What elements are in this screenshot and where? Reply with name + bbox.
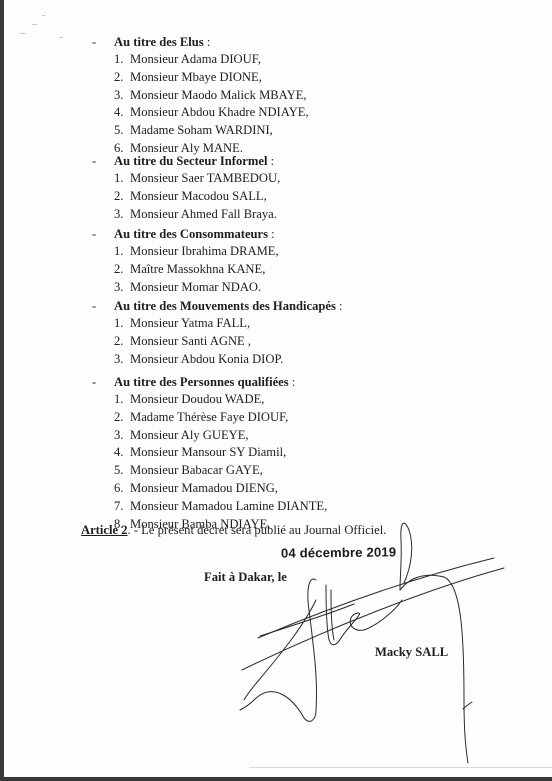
member-list: 1.Monsieur Doudou WADE, 2.Madame Thérèse… [92, 391, 327, 533]
member-name: Monsieur Aly GUEYE, [130, 428, 249, 442]
item-number: 3. [114, 279, 130, 297]
item-number: 2. [114, 261, 130, 279]
member-name: Monsieur Macodou SALL, [130, 189, 267, 203]
list-item: 2.Monsieur Santi AGNE , [92, 333, 343, 351]
member-name: Monsieur Mbaye DIONE, [130, 70, 262, 84]
member-name: Maître Massokhna KANE, [130, 262, 265, 276]
member-name: Monsieur Yatma FALL, [130, 316, 250, 330]
section-heading-text: Au titre des Consommateurs [114, 227, 268, 241]
scan-speck [42, 15, 45, 16]
member-list: 1.Monsieur Saer TAMBEDOU, 2.Monsieur Mac… [92, 170, 280, 223]
member-name: Monsieur Doudou WADE, [130, 392, 264, 406]
item-number: 3. [114, 206, 130, 224]
place-line: Fait à Dakar, le [204, 570, 287, 585]
section-heading: -Au titre des Consommateurs : [92, 225, 279, 243]
section-heading-text: Au titre des Mouvements des Handicapés [114, 299, 336, 313]
member-name: Monsieur Abdou Konia DIOP. [130, 352, 283, 366]
member-name: Monsieur Babacar GAYE, [130, 463, 263, 477]
member-list: 1.Monsieur Adama DIOUF, 2.Monsieur Mbaye… [92, 51, 309, 158]
list-item: 4.Monsieur Abdou Khadre NDIAYE, [92, 104, 309, 122]
member-name: Monsieur Mansour SY Diamil, [130, 445, 286, 459]
item-number: 3. [114, 351, 130, 369]
signer-name: Macky SALL [375, 645, 448, 660]
item-number: 7. [114, 498, 130, 516]
item-number: 3. [114, 427, 130, 445]
section-heading-text: Au titre des Elus [114, 35, 204, 49]
section-handicapes: -Au titre des Mouvements des Handicapés … [92, 297, 343, 368]
list-item: 1.Monsieur Ibrahima DRAME, [92, 243, 279, 261]
list-item: 4.Monsieur Mansour SY Diamil, [92, 444, 327, 462]
member-list: 1.Monsieur Yatma FALL, 2.Monsieur Santi … [92, 315, 343, 368]
list-item: 7.Monsieur Mamadou Lamine DIANTE, [92, 498, 327, 516]
list-item: 2.Monsieur Macodou SALL, [92, 188, 280, 206]
scan-speck [32, 24, 37, 25]
dash-bullet: - [92, 297, 102, 315]
item-number: 6. [114, 480, 130, 498]
list-item: 2.Monsieur Mbaye DIONE, [92, 69, 309, 87]
list-item: 1.Monsieur Adama DIOUF, [92, 51, 309, 69]
member-name: Madame Thérèse Faye DIOUF, [130, 410, 288, 424]
article-label: Article 2 [81, 523, 128, 537]
item-number: 1. [114, 170, 130, 188]
list-item: 3.Monsieur Maodo Malick MBAYE, [92, 87, 309, 105]
member-name: Madame Soham WARDINI, [130, 123, 273, 137]
member-name: Monsieur Santi AGNE , [130, 334, 251, 348]
heading-colon: : [268, 227, 275, 241]
list-item: 2.Maître Massokhna KANE, [92, 261, 279, 279]
item-number: 2. [114, 333, 130, 351]
item-number: 4. [114, 444, 130, 462]
item-number: 1. [114, 51, 130, 69]
item-number: 1. [114, 243, 130, 261]
list-item: 1.Monsieur Yatma FALL, [92, 315, 343, 333]
section-consommateurs: -Au titre des Consommateurs : 1.Monsieur… [92, 225, 279, 296]
item-number: 2. [114, 409, 130, 427]
list-item: 5.Madame Soham WARDINI, [92, 122, 309, 140]
section-elus: -Au titre des Elus : 1.Monsieur Adama DI… [92, 33, 309, 158]
heading-colon: : [204, 35, 211, 49]
member-name: Monsieur Ibrahima DRAME, [130, 244, 279, 258]
member-name: Monsieur Momar NDAO. [130, 280, 261, 294]
list-item: 5.Monsieur Babacar GAYE, [92, 462, 327, 480]
section-heading-text: Au titre des Personnes qualifiées [114, 375, 289, 389]
section-secteur-informel: -Au titre du Secteur Informel : 1.Monsie… [92, 152, 280, 223]
list-item: 3.Monsieur Ahmed Fall Braya. [92, 206, 280, 224]
item-number: 2. [114, 69, 130, 87]
member-name: Monsieur Saer TAMBEDOU, [130, 171, 280, 185]
member-list: 1.Monsieur Ibrahima DRAME, 2.Maître Mass… [92, 243, 279, 296]
item-number: 1. [114, 391, 130, 409]
list-item: 6.Monsieur Mamadou DIENG, [92, 480, 327, 498]
heading-colon: : [289, 375, 296, 389]
section-personnes-qualifiees: -Au titre des Personnes qualifiées : 1.M… [92, 373, 327, 533]
scan-edge-line [249, 767, 552, 768]
dash-bullet: - [92, 373, 102, 391]
list-item: 1.Monsieur Saer TAMBEDOU, [92, 170, 280, 188]
member-name: Monsieur Maodo Malick MBAYE, [130, 88, 307, 102]
member-name: Monsieur Adama DIOUF, [130, 52, 261, 66]
list-item: 1.Monsieur Doudou WADE, [92, 391, 327, 409]
list-item: 3.Monsieur Aly GUEYE, [92, 427, 327, 445]
dash-bullet: - [92, 33, 102, 51]
date-stamp: 04 décembre 2019 [281, 544, 396, 560]
dash-bullet: - [92, 225, 102, 243]
member-name: Monsieur Mamadou DIENG, [130, 481, 278, 495]
scan-speck [59, 37, 63, 38]
document-page: -Au titre des Elus : 1.Monsieur Adama DI… [4, 0, 552, 777]
section-heading: -Au titre du Secteur Informel : [92, 152, 280, 170]
item-number: 1. [114, 315, 130, 333]
item-number: 2. [114, 188, 130, 206]
item-number: 3. [114, 87, 130, 105]
list-item: 3.Monsieur Abdou Konia DIOP. [92, 351, 343, 369]
list-item: 3.Monsieur Momar NDAO. [92, 279, 279, 297]
scan-speck [20, 33, 26, 34]
section-heading: -Au titre des Elus : [92, 33, 309, 51]
member-name: Monsieur Abdou Khadre NDIAYE, [130, 105, 309, 119]
item-number: 5. [114, 462, 130, 480]
item-number: 4. [114, 104, 130, 122]
article-2: Article 2. - Le présent décret sera publ… [81, 521, 386, 539]
article-text: . - Le présent décret sera publié au Jou… [128, 523, 387, 537]
member-name: Monsieur Mamadou Lamine DIANTE, [130, 499, 327, 513]
section-heading-text: Au titre du Secteur Informel [114, 154, 267, 168]
heading-colon: : [267, 154, 274, 168]
item-number: 5. [114, 122, 130, 140]
section-heading: -Au titre des Mouvements des Handicapés … [92, 297, 343, 315]
section-heading: -Au titre des Personnes qualifiées : [92, 373, 327, 391]
heading-colon: : [336, 299, 343, 313]
list-item: 2.Madame Thérèse Faye DIOUF, [92, 409, 327, 427]
dash-bullet: - [92, 152, 102, 170]
member-name: Monsieur Ahmed Fall Braya. [130, 207, 277, 221]
